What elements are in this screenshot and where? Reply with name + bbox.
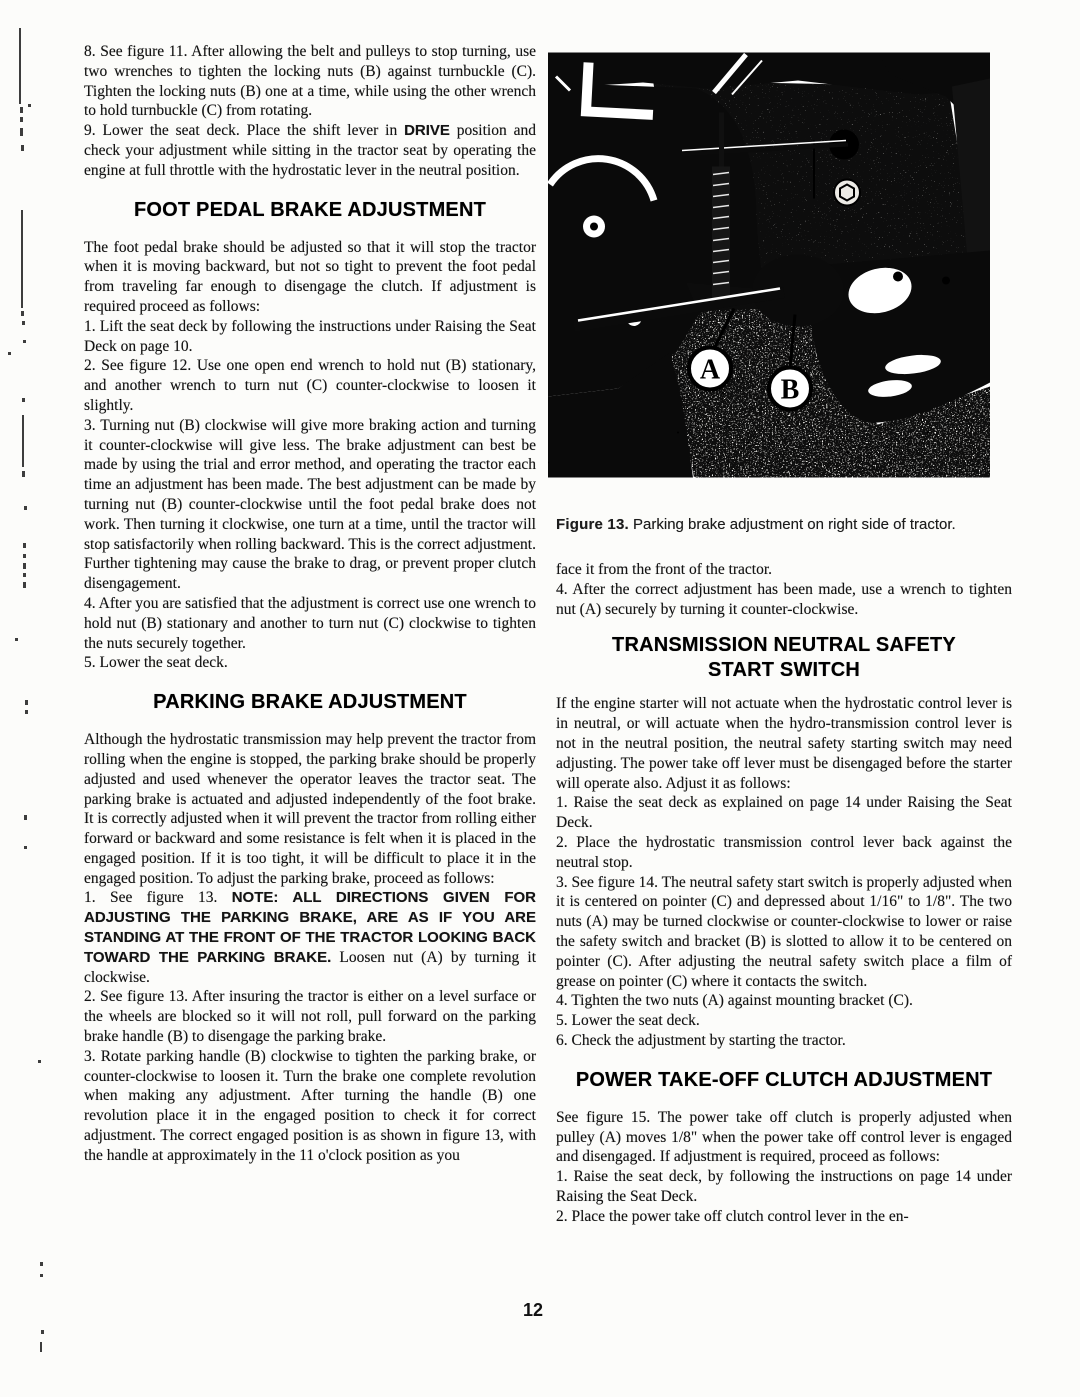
pto-step-1: 1. Raise the seat deck, by following the… [556, 1167, 1012, 1207]
neutral-switch-step-5: 5. Lower the seat deck. [556, 1011, 1012, 1031]
heading-transmission-neutral-safety-start-switch: TRANSMISSION NEUTRAL SAFETYSTART SWITCH [556, 633, 1012, 683]
foot-pedal-intro: The foot pedal brake should be adjusted … [84, 238, 536, 317]
callout-b-label: B [781, 375, 800, 406]
foot-pedal-step-5: 5. Lower the seat deck. [84, 653, 536, 673]
parking-step-2: 2. See figure 13. After insuring the tra… [84, 987, 536, 1046]
heading-line-1: TRANSMISSION NEUTRAL SAFETY [612, 634, 956, 656]
intro-step-8: 8. See figure 11. After allowing the bel… [84, 42, 536, 121]
neutral-switch-intro: If the engine starter will not actuate w… [556, 694, 1012, 793]
scan-artifact [24, 506, 27, 510]
scan-artifact [38, 1060, 41, 1063]
scan-artifact [15, 638, 18, 641]
parking-step-1: 1. See figure 13. NOTE: ALL DIRECTIONS G… [84, 888, 536, 987]
scan-artifact [25, 710, 28, 714]
pto-step-2: 2. Place the power take off clutch contr… [556, 1207, 1012, 1227]
left-column: 8. See figure 11. After allowing the bel… [84, 42, 536, 1166]
figure-13-photo: A B [548, 52, 990, 478]
scan-artifact [22, 471, 25, 477]
adjustment-spring [712, 167, 730, 301]
scan-artifact [23, 554, 26, 558]
scan-artifact [40, 1262, 43, 1266]
figure-caption-text: Parking brake adjustment on right side o… [629, 516, 956, 533]
scan-artifact [22, 415, 24, 467]
scan-artifact [40, 1274, 43, 1277]
scan-artifact [23, 582, 26, 588]
foot-pedal-step-2: 2. See figure 12. Use one open end wrenc… [84, 356, 536, 415]
figure-caption-number: Figure 13. [556, 516, 629, 533]
intro-step-9: 9. Lower the seat deck. Place the shift … [84, 121, 536, 180]
neutral-switch-step-2: 2. Place the hydrostatic transmission co… [556, 833, 1012, 873]
scan-artifact [22, 398, 25, 402]
scan-artifact [24, 846, 27, 849]
scan-artifact [25, 700, 28, 705]
parking-step-3: 3. Rotate parking handle (B) clockwise t… [84, 1047, 536, 1166]
foot-pedal-step-3: 3. Turning nut (B) clockwise will give m… [84, 416, 536, 594]
scan-artifact [23, 563, 26, 569]
scan-artifact [24, 815, 27, 820]
scan-artifact [8, 352, 11, 355]
parking-step-1-text: 1. See figure 13. [84, 889, 232, 906]
scan-artifact [41, 1330, 44, 1334]
drive-emphasis: DRIVE [404, 122, 450, 139]
page-number: 12 [523, 1300, 543, 1321]
scan-artifact [20, 128, 23, 136]
parking-step-4: 4. After the correct adjustment has been… [556, 580, 1012, 620]
scan-artifact [20, 117, 23, 122]
scan-artifact [23, 340, 26, 343]
parking-intro: Although the hydrostatic transmission ma… [84, 730, 536, 888]
pto-intro: See figure 15. The power take off clutch… [556, 1108, 1012, 1167]
heading-parking-brake-adjustment: PARKING BRAKE ADJUSTMENT [84, 690, 536, 715]
scan-artifact [21, 311, 24, 316]
parking-step-3-continued: face it from the front of the tractor. [556, 560, 1012, 580]
scan-artifact [28, 104, 31, 107]
scan-artifact [19, 28, 21, 104]
neutral-switch-step-1: 1. Raise the seat deck as explained on p… [556, 793, 1012, 833]
right-column: face it from the front of the tractor. 4… [556, 560, 1012, 1227]
foot-pedal-step-1: 1. Lift the seat deck by following the i… [84, 317, 536, 357]
figure-13-caption: Figure 13. Parking brake adjustment on r… [556, 516, 1012, 533]
scan-artifact [23, 543, 26, 548]
intro-step-9-text: 9. Lower the seat deck. Place the shift … [84, 122, 404, 139]
scan-artifact [40, 1342, 42, 1352]
manual-page-12: 8. See figure 11. After allowing the bel… [0, 0, 1080, 1397]
neutral-switch-step-6: 6. Check the adjustment by starting the … [556, 1031, 1012, 1051]
heading-foot-pedal-brake-adjustment: FOOT PEDAL BRAKE ADJUSTMENT [84, 198, 536, 223]
callout-a-label: A [700, 355, 721, 386]
heading-power-take-off-clutch-adjustment: POWER TAKE-OFF CLUTCH ADJUSTMENT [556, 1068, 1012, 1093]
heading-line-2: START SWITCH [708, 659, 860, 681]
scan-artifact [23, 573, 26, 577]
scan-artifact [20, 107, 23, 113]
scan-artifact [22, 321, 25, 325]
foot-pedal-step-4: 4. After you are satisfied that the adju… [84, 594, 536, 653]
scan-artifact [21, 210, 23, 308]
neutral-switch-step-3: 3. See figure 14. The neutral safety sta… [556, 873, 1012, 992]
scan-artifact [21, 145, 24, 151]
neutral-switch-step-4: 4. Tighten the two nuts (A) against moun… [556, 991, 1012, 1011]
